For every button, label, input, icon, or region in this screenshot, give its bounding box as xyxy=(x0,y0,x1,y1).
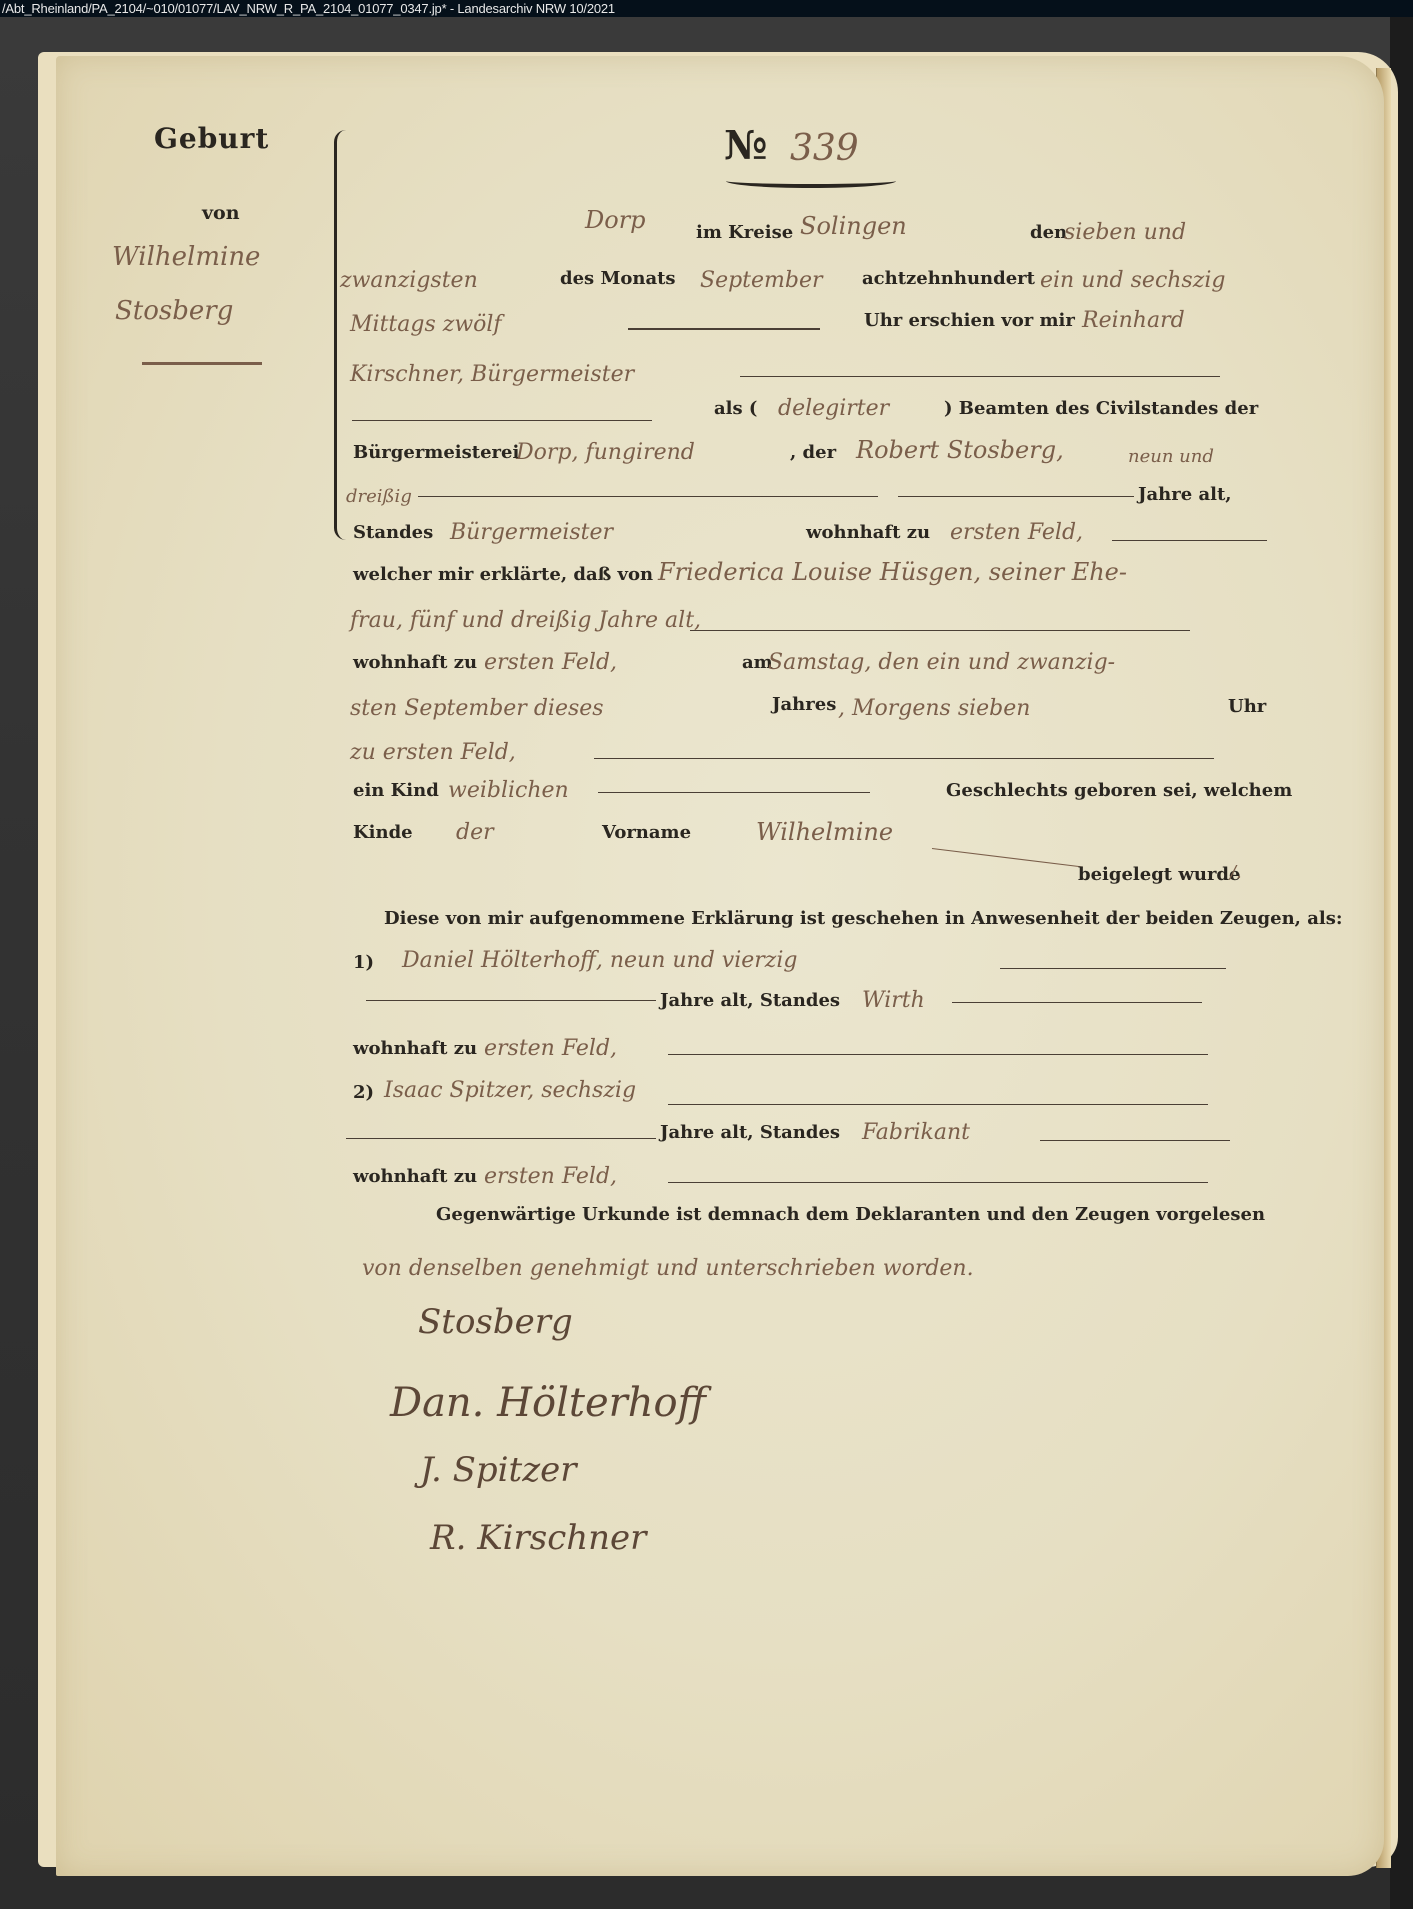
field-mother: Friederica Louise Hüsgen, seiner Ehe- xyxy=(658,558,1127,586)
field-mark: /. xyxy=(1230,862,1242,883)
blank-line xyxy=(352,420,652,421)
field-residence: ersten Feld, xyxy=(484,650,617,675)
witness2-label-jahre: Jahre alt, Standes xyxy=(660,1122,840,1143)
blank-line xyxy=(1112,540,1267,541)
field-mother2: frau, fünf und dreißig Jahre alt, xyxy=(350,608,701,633)
field-day2: zwanzigsten xyxy=(340,268,478,293)
field-given-name: Wilhelmine xyxy=(756,818,893,846)
field-date2: sten September dieses xyxy=(350,696,604,721)
field-role: delegirter xyxy=(778,396,889,421)
label-als: als ( xyxy=(714,398,757,419)
signature-witness2: J. Spitzer xyxy=(420,1450,577,1490)
blank-line xyxy=(628,328,820,330)
field-article: der xyxy=(456,820,494,845)
label-kinde: Kinde xyxy=(353,822,413,843)
witness2-occupation: Fabrikant xyxy=(862,1120,970,1145)
field-age2: dreißig xyxy=(346,486,412,507)
field-official1: Reinhard xyxy=(1082,308,1185,333)
blank-line xyxy=(690,630,1190,631)
blank-line xyxy=(952,1002,1202,1003)
witness1-occupation: Wirth xyxy=(862,988,925,1013)
blank-line xyxy=(598,792,870,793)
witness1-number: 1) xyxy=(353,952,374,973)
label-wohnhaft: wohnhaft zu xyxy=(806,522,930,543)
label-achtzehnhundert: achtzehnhundert xyxy=(862,268,1035,289)
witness2-residence: ersten Feld, xyxy=(484,1164,617,1189)
witness2-label-wohnhaft: wohnhaft zu xyxy=(353,1166,477,1187)
label-der: , der xyxy=(790,442,836,463)
field-month: September xyxy=(700,268,823,293)
label-im-kreise: im Kreise xyxy=(696,222,793,243)
label-standes: Standes xyxy=(353,522,433,543)
blank-line xyxy=(594,758,1214,759)
witness1-name: Daniel Hölterhoff, neun und vierzig xyxy=(402,948,797,973)
label-erklaerte: welcher mir erklärte, daß von xyxy=(353,564,653,585)
field-birth-place: zu ersten Feld, xyxy=(350,740,516,765)
witness1-label-jahre: Jahre alt, Standes xyxy=(660,990,840,1011)
label-jahres: Jahres xyxy=(772,694,836,715)
field-time: Mittags zwölf xyxy=(350,312,502,337)
field-kreis: Solingen xyxy=(800,212,907,240)
blank-line xyxy=(1040,1140,1230,1141)
blank-line xyxy=(346,1138,656,1139)
closing-handwritten: von denselben genehmigt und unterschrieb… xyxy=(362,1256,974,1281)
window-title: /Abt_Rheinland/PA_2104/~010/01077/LAV_NR… xyxy=(2,1,615,16)
side-name-line1: Wilhelmine xyxy=(112,242,260,272)
signature-declarant: Stosberg xyxy=(418,1302,573,1342)
label-des-monats: des Monats xyxy=(560,268,676,289)
field-residence: ersten Feld, xyxy=(950,520,1083,545)
label-ein-kind: ein Kind xyxy=(353,780,439,801)
label-beamten: ) Beamten des Civilstandes der xyxy=(944,398,1258,419)
blank-line xyxy=(366,1000,656,1001)
field-place: Dorp xyxy=(585,206,646,234)
label-buergermeisterei: Bürgermeisterei xyxy=(353,442,519,463)
label-wohnhaft: wohnhaft zu xyxy=(353,652,477,673)
label-uhr-erschien: Uhr erschien vor mir xyxy=(864,310,1075,331)
blank-line xyxy=(740,376,1220,377)
field-age1: neun und xyxy=(1128,446,1214,467)
label-den: den xyxy=(1030,222,1067,243)
side-heading: Geburt xyxy=(154,122,269,155)
field-birth-time: , Morgens sieben xyxy=(838,696,1030,721)
closing-text: Gegenwärtige Urkunde ist demnach dem Dek… xyxy=(436,1204,1265,1225)
field-date1: Samstag, den ein und zwanzig- xyxy=(768,650,1115,675)
label-witness-intro: Diese von mir aufgenommene Erklärung ist… xyxy=(384,908,1342,929)
field-year: ein und sechszig xyxy=(1040,268,1225,293)
blank-line xyxy=(668,1054,1208,1055)
signature-witness1: Dan. Hölterhoff xyxy=(390,1380,706,1426)
field-official2: Kirschner, Bürgermeister xyxy=(350,362,634,387)
witness2-number: 2) xyxy=(353,1082,374,1103)
signature-official: R. Kirschner xyxy=(430,1518,646,1558)
field-mayoralty: Dorp, fungirend xyxy=(516,440,695,465)
label-beigelegt: beigelegt wurde xyxy=(1078,864,1240,885)
blank-line xyxy=(668,1182,1208,1183)
record-number-prefix: № xyxy=(724,122,767,169)
number-flourish xyxy=(726,174,896,188)
field-occupation: Bürgermeister xyxy=(450,520,613,545)
field-sex: weiblichen xyxy=(448,778,569,803)
label-jahre-alt: Jahre alt, xyxy=(1138,484,1232,505)
witness2-name: Isaac Spitzer, sechszig xyxy=(384,1078,636,1103)
label-vorname: Vorname xyxy=(602,822,691,843)
label-uhr: Uhr xyxy=(1228,696,1266,717)
side-name-line2: Stosberg xyxy=(115,296,233,326)
label-geschlechts: Geschlechts geboren sei, welchem xyxy=(946,780,1292,801)
side-flourish xyxy=(142,362,262,365)
blank-line xyxy=(418,496,878,497)
witness1-residence: ersten Feld, xyxy=(484,1036,617,1061)
field-day1: sieben und xyxy=(1064,220,1186,245)
witness1-label-wohnhaft: wohnhaft zu xyxy=(353,1038,477,1059)
blank-line xyxy=(668,1104,1208,1105)
blank-line xyxy=(898,496,1134,497)
side-von: von xyxy=(202,202,240,224)
record-number: 339 xyxy=(790,128,859,169)
blank-line xyxy=(1000,968,1226,969)
field-declarant: Robert Stosberg, xyxy=(856,436,1064,464)
window-title-bar: /Abt_Rheinland/PA_2104/~010/01077/LAV_NR… xyxy=(0,0,1413,17)
bracket-line xyxy=(334,130,347,540)
